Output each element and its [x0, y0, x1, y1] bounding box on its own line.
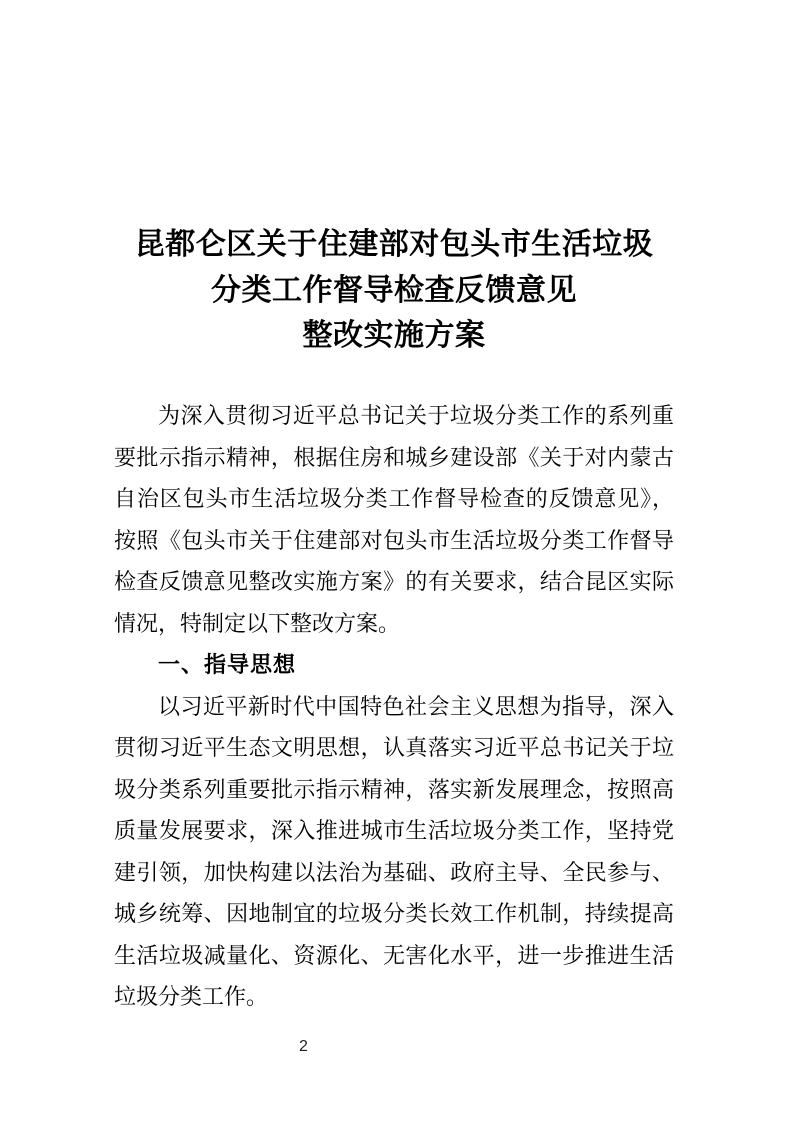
title-line-1: 昆都仑区关于住建部对包头市生活垃圾	[114, 222, 674, 268]
text-line: 以习近平新时代中国特色社会主义思想为指导，深入	[114, 686, 674, 728]
document-page: 昆都仑区关于住建部对包头市生活垃圾 分类工作督导检查反馈意见 整改实施方案 为深…	[0, 0, 793, 1122]
title-line-3: 整改实施方案	[114, 313, 674, 359]
text-line: 自治区包头市生活垃圾分类工作督导检查的反馈意见》，	[114, 478, 674, 520]
text-line: 垃圾分类工作。	[114, 976, 674, 1018]
page-number: 2	[299, 1038, 308, 1056]
text-line: 情况，特制定以下整改方案。	[114, 603, 674, 645]
text-line: 要批示指示精神，根据住房和城乡建设部《关于对内蒙古	[114, 437, 674, 479]
text-line: 建引领，加快构建以法治为基础、政府主导、全民参与、	[114, 852, 674, 894]
document-title: 昆都仑区关于住建部对包头市生活垃圾 分类工作督导检查反馈意见 整改实施方案	[114, 222, 674, 359]
document-body: 为深入贯彻习近平总书记关于垃圾分类工作的系列重要批示指示精神，根据住房和城乡建设…	[114, 395, 674, 1018]
text-line: 城乡统筹、因地制宜的垃圾分类长效工作机制，持续提高	[114, 893, 674, 935]
text-line: 按照《包头市关于住建部对包头市生活垃圾分类工作督导	[114, 520, 674, 562]
text-line: 贯彻习近平生态文明思想，认真落实习近平总书记关于垃	[114, 727, 674, 769]
text-line: 质量发展要求，深入推进城市生活垃圾分类工作，坚持党	[114, 810, 674, 852]
text-line: 生活垃圾减量化、资源化、无害化水平，进一步推进生活	[114, 935, 674, 977]
text-line: 检查反馈意见整改实施方案》的有关要求，结合昆区实际	[114, 561, 674, 603]
section-heading: 一、指导思想	[114, 644, 674, 686]
title-line-2: 分类工作督导检查反馈意见	[114, 268, 674, 314]
text-line: 圾分类系列重要批示指示精神，落实新发展理念，按照高	[114, 769, 674, 811]
text-line: 为深入贯彻习近平总书记关于垃圾分类工作的系列重	[114, 395, 674, 437]
